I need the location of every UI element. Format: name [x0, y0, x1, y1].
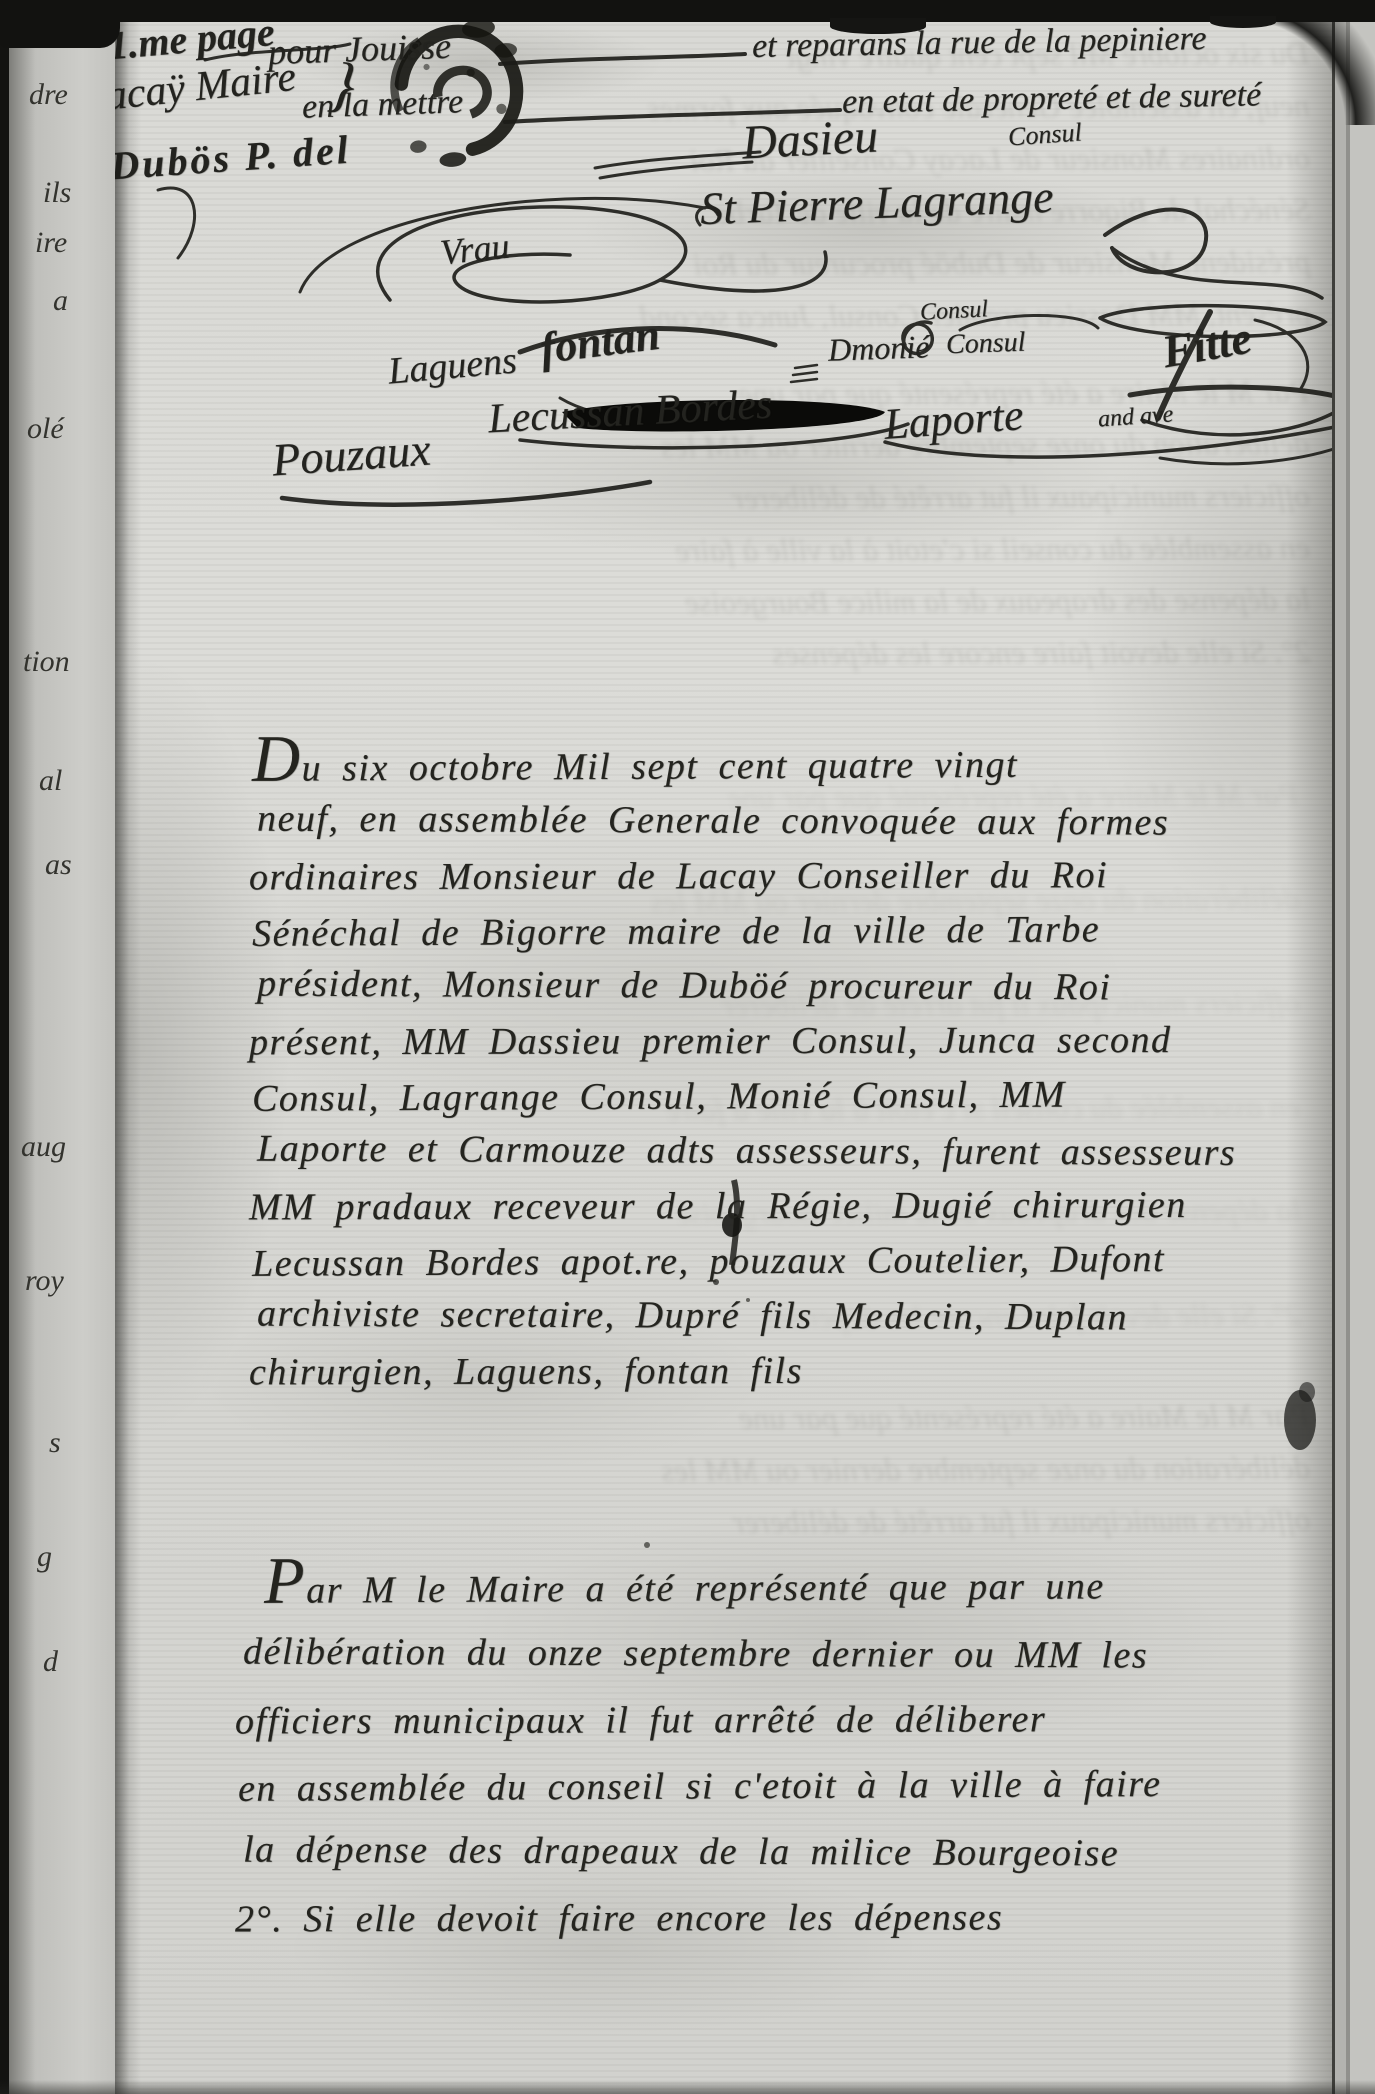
cutoff-text-fragment: g: [37, 1540, 52, 1574]
manuscript-line: président, Monsieur de Duböé procureur d…: [257, 957, 1347, 1017]
manuscript-line: Lecussan Bordes apot.re, pouzaux Couteli…: [252, 1231, 1342, 1292]
cutoff-text-fragment: olé: [27, 412, 64, 446]
cutoff-text-fragment: a: [53, 284, 68, 318]
manuscript-line: Sénéchal de Bigorre maire de la ville de…: [252, 901, 1342, 962]
deliberation-paragraph: Du six octobre Mil sept cent quatre ving…: [252, 730, 1342, 1399]
manuscript-line: chirurgien, Laguens, fontan fils: [249, 1343, 1339, 1401]
signature-laporte-suffix: and ave: [1097, 401, 1174, 433]
binding-gutter: [0, 0, 9, 2094]
cutoff-text-fragment: dre: [29, 78, 68, 112]
manuscript-line: neuf, en assemblée Generale convoquée au…: [257, 792, 1347, 852]
cutoff-text-fragment: as: [45, 848, 72, 882]
right-page-edge: [1332, 0, 1375, 2094]
manuscript-page: Du six octobre Mil sept cent quatre ving…: [0, 0, 1375, 2094]
scan-edge-notch: [1210, 16, 1276, 28]
signature-pouzaux: Pouzaux: [270, 423, 432, 487]
scan-edge-notch: [830, 18, 926, 34]
manuscript-line: Laporte et Carmouze adts assesseurs, fur…: [257, 1122, 1347, 1182]
signature-dmonie-title: Consul: [945, 327, 1025, 362]
manuscript-line: 2°. Si elle devoit faire encore les dépe…: [235, 1884, 1345, 1953]
manuscript-line: officiers municipaux il fut arrêté de dé…: [235, 1686, 1345, 1755]
manuscript-line: MM pradaux receveur de la Régie, Dugié c…: [249, 1178, 1339, 1236]
cutoff-text-fragment: al: [39, 764, 62, 798]
signature-consul-annotation: Consul: [919, 296, 988, 327]
cutoff-text-fragment: tion: [23, 645, 70, 679]
bleedthrough-between-paragraphs: Par M le Maire a été représenté que par …: [150, 1389, 1311, 1553]
manuscript-line: en assemblée du conseil si c'etoit à la …: [238, 1750, 1348, 1822]
cutoff-text-fragment: d: [43, 1645, 58, 1679]
manuscript-line: la dépense des drapeaux de la milice Bou…: [243, 1817, 1353, 1888]
mayor-report-paragraph: Par M le Maire a été représenté que par …: [238, 1552, 1348, 1951]
signature-dmonie: Dmonié: [827, 328, 930, 369]
cutoff-text-fragment: roy: [25, 1264, 64, 1298]
closing-line2-left: en la mettre: [301, 83, 463, 127]
signature-fontan: fontan: [537, 309, 662, 374]
signature-dasieu: Dasieu: [741, 108, 880, 170]
cutoff-text-fragment: s: [49, 1426, 61, 1460]
manuscript-line: archiviste secretaire, Dupré fils Medeci…: [257, 1287, 1347, 1347]
signature-laporte: Laporte: [882, 389, 1025, 450]
signature-lecussan-bordes: Lecussan Bordes: [487, 381, 773, 444]
cutoff-text-fragment: aug: [21, 1130, 66, 1164]
signature-st-pierre-lagrange: St Pierre Lagrange: [699, 170, 1054, 235]
closing-line1-left: pour Jouisse: [267, 25, 451, 73]
scan-top-edge: [0, 0, 1375, 22]
bleedthrough-top: Du six octobre Mil sept cent quatre ving…: [149, 27, 1311, 333]
cutoff-text-fragment: ils: [43, 176, 71, 210]
binding-crease-shadow: [115, 0, 141, 2094]
manuscript-line: Du six octobre Mil sept cent quatre ving…: [252, 727, 1342, 797]
signature-fitte: Fitte: [1158, 311, 1255, 379]
signature-vrau: Vrau: [438, 224, 511, 273]
facing-page-edge: mdreilsireaolétionalasaugroysgd: [9, 0, 115, 2094]
closing-line2-right: en etat de propreté et de sureté: [842, 76, 1262, 121]
signature-laguens: Laguens: [386, 338, 518, 393]
cutoff-text-fragment: ire: [35, 226, 67, 260]
manuscript-line: Par M le Maire a été représenté que par …: [264, 1549, 1348, 1624]
closing-line1-right: et reparans la rue de la pepiniere: [752, 20, 1207, 66]
manuscript-line: ordinaires Monsieur de Lacay Conseiller …: [249, 848, 1339, 906]
manuscript-line: présent, MM Dassieu premier Consul, Junc…: [249, 1013, 1339, 1071]
signature-dasieu-title: Consul: [1007, 117, 1083, 152]
manuscript-line: délibération du onze septembre dernier o…: [243, 1619, 1353, 1690]
scan-bottom-edge: [0, 2080, 1375, 2094]
margin-procurator-note: Dubös P. del: [109, 126, 353, 190]
manuscript-line: Consul, Lagrange Consul, Monié Consul, M…: [252, 1066, 1342, 1127]
scan-top-left-corner: [0, 0, 120, 48]
